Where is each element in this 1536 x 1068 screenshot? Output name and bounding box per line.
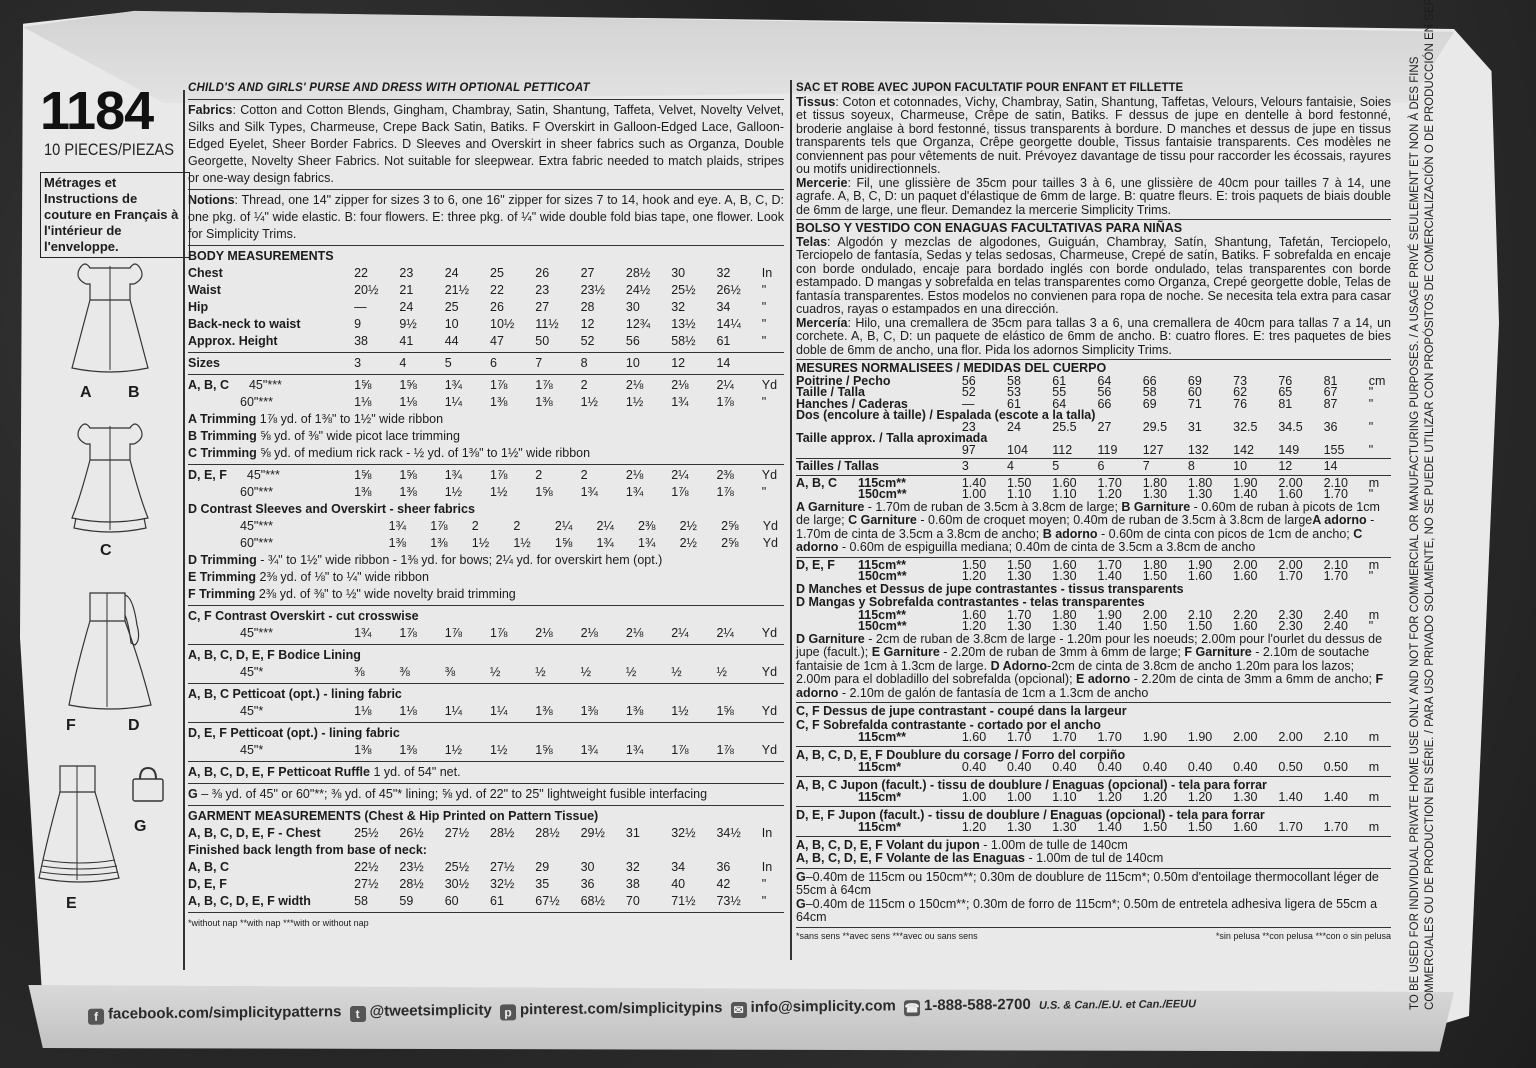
column-divider-2 bbox=[790, 80, 792, 960]
table-row: D, E, F27½28½30½32½3536384042" bbox=[188, 876, 784, 893]
spanish-title: BOLSO Y VESTIDO CON ENAGUAS FACULTATIVAS… bbox=[796, 222, 1391, 236]
pattern-number: 1184 bbox=[40, 80, 153, 142]
table-row: 45"*⅜⅜⅜½½½½½½Yd bbox=[188, 664, 784, 681]
table-row: A, B, C, D, E, F - Chest25½26½27½28½28½2… bbox=[188, 825, 784, 842]
view-illustrations: A B C F D E bbox=[30, 250, 190, 990]
table-row: 45"*1⅜1⅜1½1½1⅝1¾1¾1⅞1⅞Yd bbox=[188, 742, 784, 759]
telas-paragraph: Telas: Algodón y mezclas de algodones, G… bbox=[796, 236, 1391, 317]
metric-sizes-row: Tailles / Tallas345678101214 bbox=[796, 461, 1391, 473]
metric-yardage-chart: A, B, C115cm**1.401.501.601.701.801.801.… bbox=[796, 478, 1391, 944]
table-row: Poitrine / Pecho565861646669737681cm bbox=[796, 376, 1391, 388]
phone-icon: ☎ bbox=[904, 1000, 920, 1016]
table-row: 60"***1⅛1⅛1¼1⅜1⅜1½1½1¾1⅞" bbox=[188, 394, 784, 411]
phone-number: 1-888-588-2700 bbox=[924, 996, 1031, 1014]
view-label-d: D bbox=[128, 717, 140, 735]
garment-measurements-header: GARMENT MEASUREMENTS (Chest & Hip Printe… bbox=[188, 808, 784, 825]
table-row: 97104112119127132142149155" bbox=[796, 445, 1391, 457]
tissus-paragraph: Tissus: Coton et cotonnades, Vichy, Cham… bbox=[796, 96, 1391, 177]
twitter-handle: @tweetsimplicity bbox=[369, 1002, 491, 1020]
view-label-c: C bbox=[100, 542, 112, 560]
french-instructions-note: Métrages et Instructions de couture en F… bbox=[40, 172, 190, 258]
dress-e-illustration bbox=[35, 760, 125, 890]
dress-fd-illustration bbox=[55, 585, 165, 715]
table-row: 45"***1¾1⅞222¼2¼2⅜2½2⅝Yd bbox=[188, 518, 784, 535]
table-row: Chest22232425262728½3032In bbox=[188, 265, 784, 282]
english-title: CHILD'S AND GIRLS' PURSE AND DRESS WITH … bbox=[188, 80, 784, 97]
view-label-g: G bbox=[134, 818, 146, 836]
table-row: 45"*1⅛1⅛1¼1¼1⅜1⅜1⅜1½1⅝Yd bbox=[188, 703, 784, 720]
view-label-b: B bbox=[128, 384, 140, 402]
table-row: D, E, F45"***1⅝1⅝1¾1⅞222⅛2¼2⅜Yd bbox=[188, 467, 784, 484]
notions-paragraph: Notions: Thread, one 14" zipper for size… bbox=[188, 192, 784, 243]
pinterest-icon: p bbox=[500, 1004, 516, 1020]
table-row: Hip—2425262728303234" bbox=[188, 299, 784, 316]
yardage-chart: A, B, C45"***1⅝1⅝1¾1⅞1⅞22⅛2⅛2¼Yd60"***1⅛… bbox=[188, 377, 784, 759]
french-spanish-section: SAC ET ROBE AVEC JUPON FACULTATIF POUR E… bbox=[796, 82, 1391, 943]
view-label-a: A bbox=[80, 384, 92, 402]
view-g-line: G – ⅜ yd. of 45" or 60"**; ⅜ yd. of 45"*… bbox=[188, 786, 784, 803]
table-row: Tailles / Tallas345678101214 bbox=[796, 461, 1391, 473]
fabrics-paragraph: Fabrics: Cotton and Cotton Blends, Gingh… bbox=[188, 102, 784, 187]
email-address: info@simplicity.com bbox=[751, 997, 896, 1016]
view-label-f: F bbox=[66, 717, 76, 735]
table-row: Approx. Height3841444750525658½61" bbox=[188, 333, 784, 350]
pinterest-link: pinterest.com/simplicitypins bbox=[520, 999, 723, 1018]
body-measurements-table: Chest22232425262728½3032InWaist20½2121½2… bbox=[188, 265, 784, 350]
table-row: Back-neck to waist99½1010½11½1212¾13½14¼… bbox=[188, 316, 784, 333]
twitter-icon: t bbox=[350, 1006, 366, 1022]
facebook-icon: f bbox=[88, 1009, 104, 1025]
table-row: 115cm*1.201.301.301.401.501.501.601.701.… bbox=[796, 822, 1391, 834]
phone-region: U.S. & Can./E.U. et Can./EEUU bbox=[1039, 998, 1196, 1012]
table-row: Sizes345678101214 bbox=[188, 355, 784, 372]
email-icon: ✉ bbox=[731, 1002, 747, 1018]
table-row: A, B, C, D, E, F width5859606167½68½7071… bbox=[188, 893, 784, 910]
table-row: A, B, C22½23½25½27½2930323436In bbox=[188, 859, 784, 876]
table-row: 60"***1⅜1⅜1½1½1⅝1¾1¾1⅞1⅞" bbox=[188, 484, 784, 501]
table-row: 45"***1¾1⅞1⅞1⅞2⅛2⅛2⅛2¼2¼Yd bbox=[188, 625, 784, 642]
table-row: 115cm*1.001.001.101.201.201.201.301.401.… bbox=[796, 792, 1391, 804]
dress-ab-illustration bbox=[60, 258, 160, 378]
piece-count: 10 PIECES/PIEZAS bbox=[44, 140, 174, 160]
garment-measurements-table: A, B, C, D, E, F - Chest25½26½27½28½28½2… bbox=[188, 825, 784, 910]
french-title: SAC ET ROBE AVEC JUPON FACULTATIF POUR E… bbox=[796, 82, 1391, 96]
table-row: 115cm**1.601.701.701.701.901.902.002.002… bbox=[796, 732, 1391, 744]
table-row: A, B, C45"***1⅝1⅝1¾1⅞1⅞22⅛2⅛2¼Yd bbox=[188, 377, 784, 394]
table-row: 150cm**1.201.301.301.401.501.601.601.701… bbox=[796, 571, 1391, 583]
petticoat-ruffle-line: A, B, C, D, E, F Petticoat Ruffle 1 yd. … bbox=[188, 764, 784, 781]
purse-g-illustration bbox=[128, 765, 168, 805]
english-section: CHILD'S AND GIRLS' PURSE AND DRESS WITH … bbox=[188, 80, 784, 932]
dress-c-illustration bbox=[60, 418, 160, 538]
facebook-link: facebook.com/simplicitypatterns bbox=[108, 1003, 342, 1022]
metric-body-table: Poitrine / Pecho565861646669737681cmTail… bbox=[796, 376, 1391, 457]
envelope-back: 1184 10 PIECES/PIEZAS Métrages et Instru… bbox=[30, 70, 1410, 990]
nap-footnote: *without nap **with nap ***with or witho… bbox=[188, 915, 784, 932]
table-row: Waist20½2121½222323½24½25½26½" bbox=[188, 282, 784, 299]
legal-notice: TO BE USED FOR INDIVIDUAL PRIVATE HOME U… bbox=[1408, 110, 1438, 1010]
table-row: 115cm*0.400.400.400.400.400.400.400.500.… bbox=[796, 762, 1391, 774]
body-measurements-header: BODY MEASUREMENTS bbox=[188, 248, 784, 265]
view-label-e: E bbox=[66, 895, 77, 913]
table-row: 60"***1⅜1⅜1½1½1⅝1¾1¾2½2⅝Yd bbox=[188, 535, 784, 552]
column-divider bbox=[183, 90, 185, 970]
merceria-paragraph: Mercería: Hilo, una cremallera de 35cm p… bbox=[796, 317, 1391, 358]
mercerie-paragraph: Mercerie: Fil, une glissière de 35cm pou… bbox=[796, 177, 1391, 218]
sizes-row: Sizes345678101214 bbox=[188, 355, 784, 372]
